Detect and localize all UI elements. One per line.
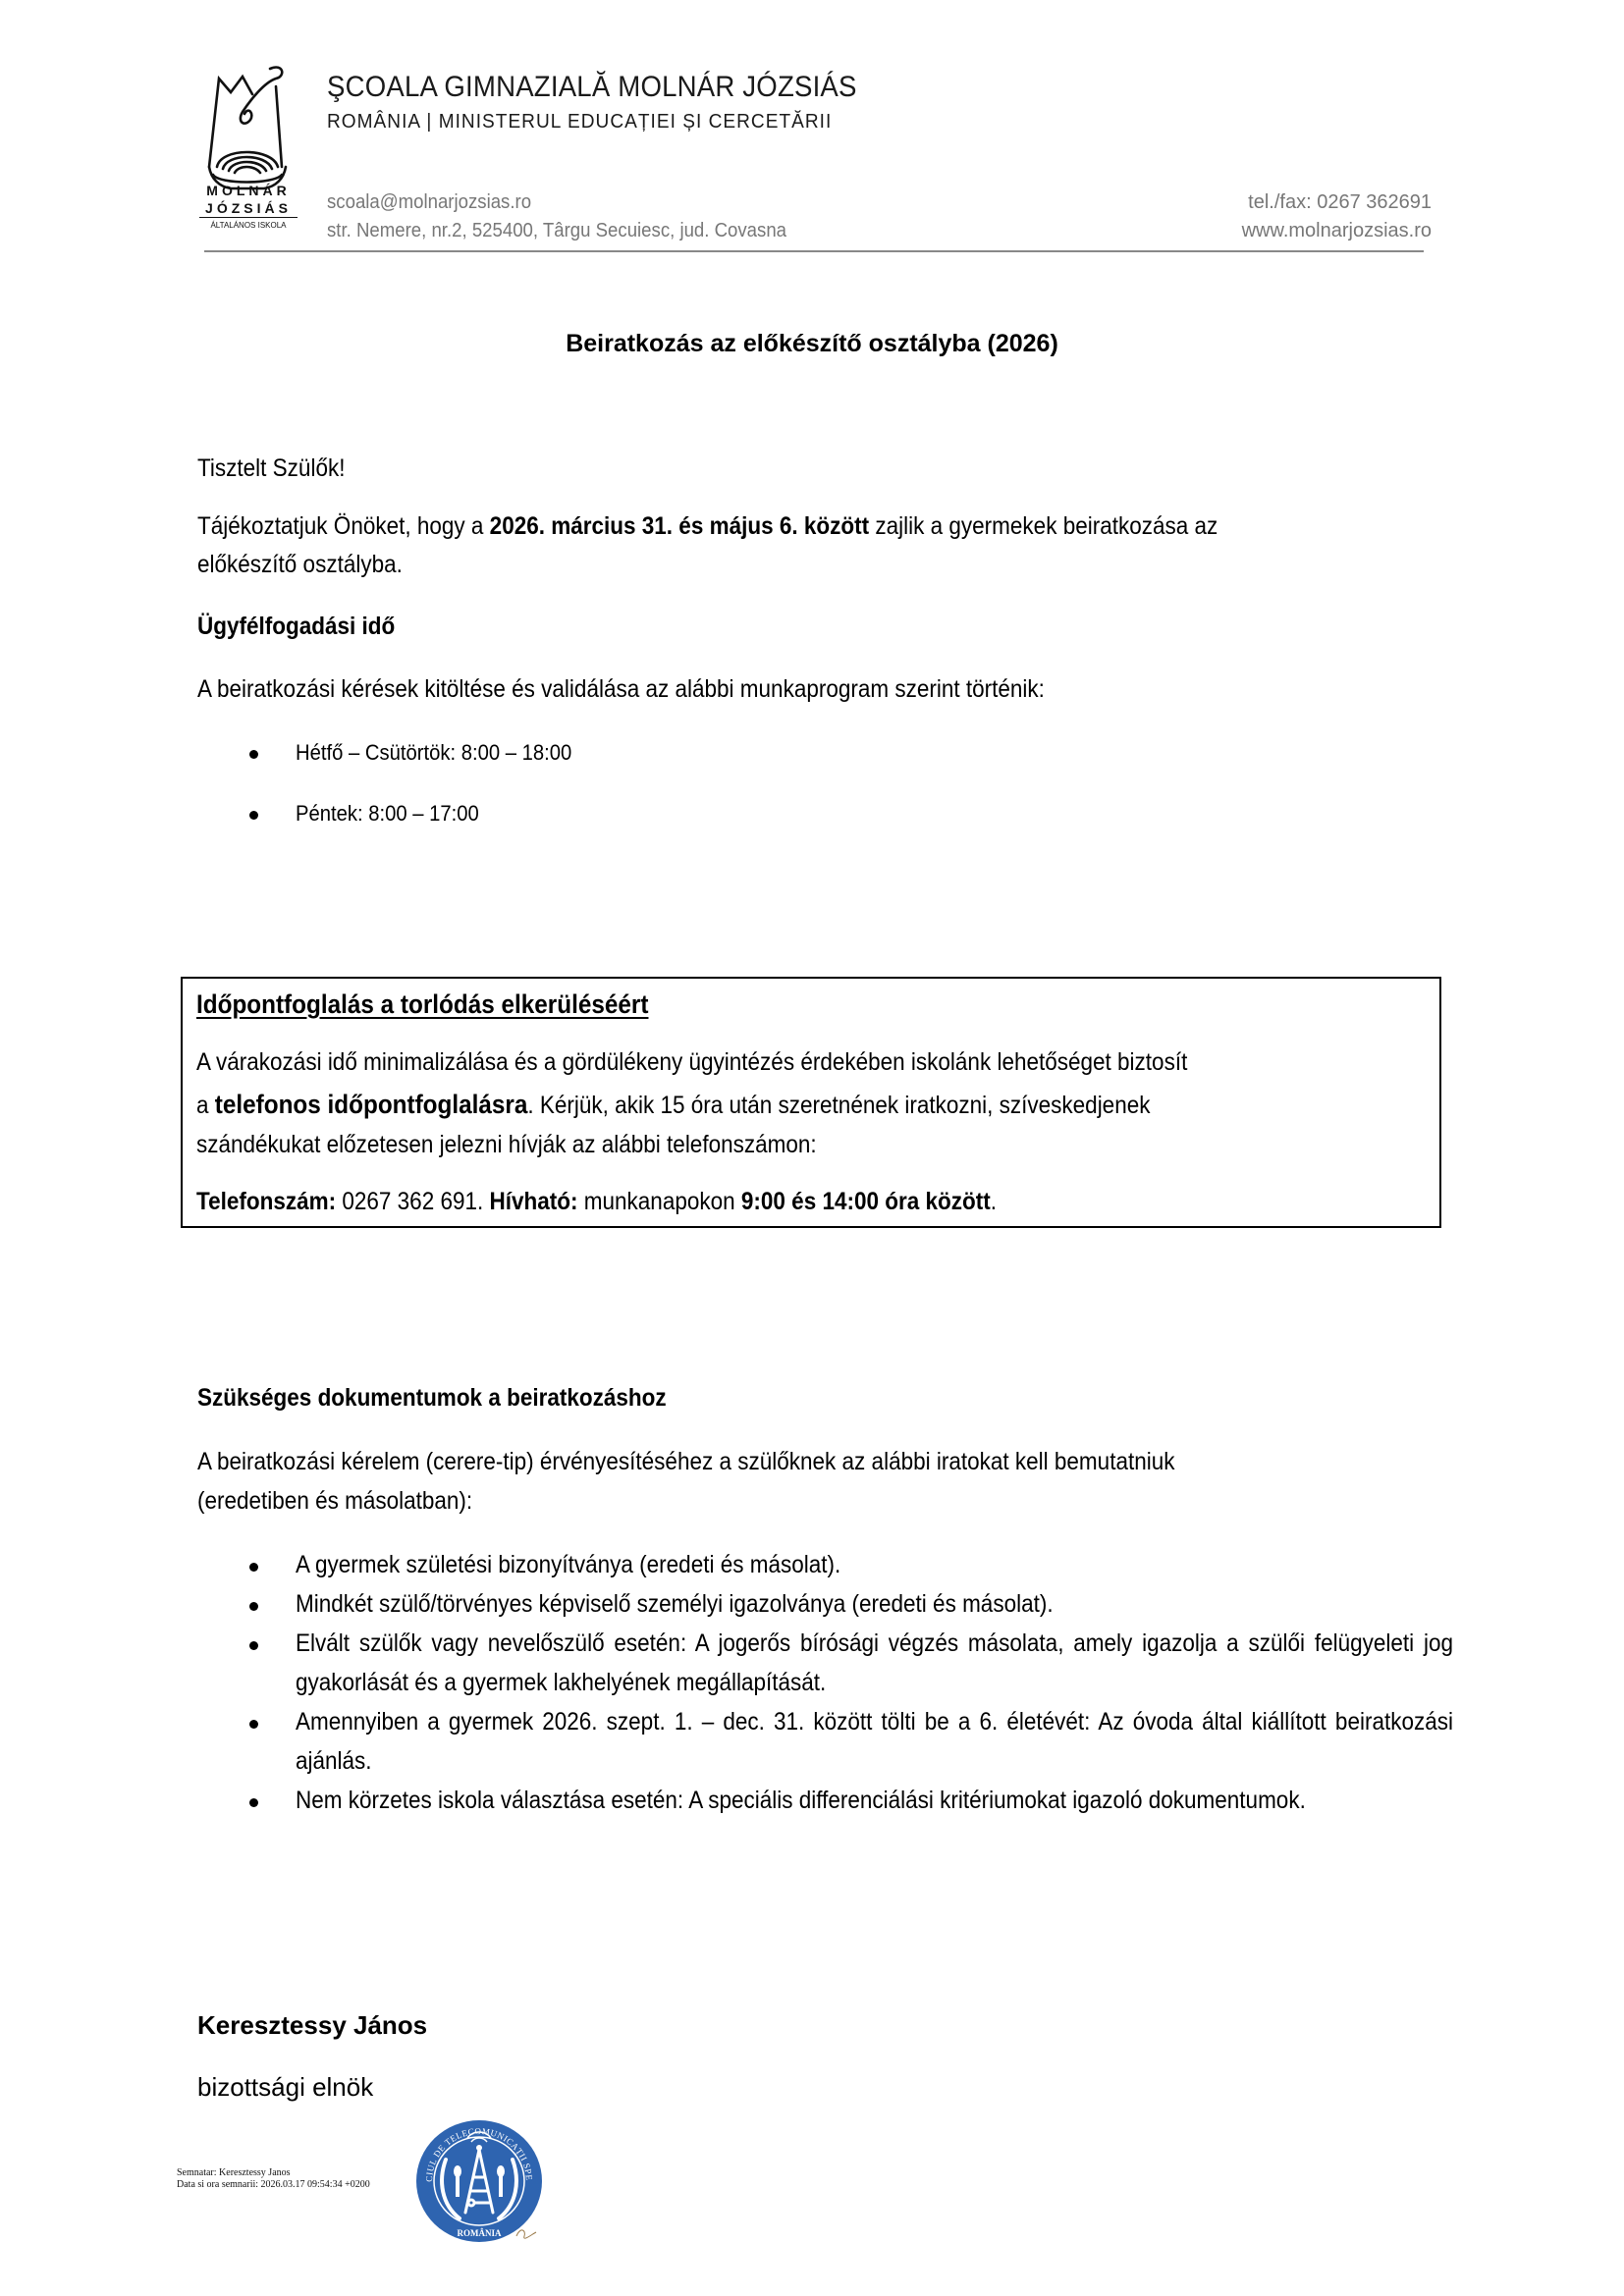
bullet-icon bbox=[249, 1798, 258, 1807]
office-hours-description: A beiratkozási kérések kitöltése és vali… bbox=[197, 675, 1045, 704]
official-seal: SERVICIUL DE TELECOMUNICAȚII SPECIALE RO… bbox=[410, 2110, 548, 2248]
bullet-icon bbox=[249, 1720, 258, 1729]
digital-signature-info: Semnatar: Keresztessy Janos Data si ora … bbox=[177, 2167, 370, 2191]
school-name: ŞCOALA GIMNAZIALĂ MOLNÁR JÓZSIÁS bbox=[327, 71, 857, 104]
ministry-line: ROMÂNIA | MINISTERUL EDUCAȚIEI ȘI CERCET… bbox=[327, 110, 832, 133]
appointment-text: . Kérjük, akik 15 óra után szeretnének i… bbox=[527, 1092, 1150, 1119]
intro-line-2: előkészítő osztályba. bbox=[197, 551, 403, 579]
phone-number[interactable]: 0267 362 691. bbox=[336, 1188, 489, 1215]
logo-text-subtitle: ÁLTALÁNOS ISKOLA bbox=[197, 221, 299, 230]
appointment-line-1: A várakozási idő minimalizálása és a gör… bbox=[196, 1048, 1187, 1077]
header-divider bbox=[204, 250, 1424, 252]
signer-name: Keresztessy János bbox=[197, 2010, 427, 2041]
phone-label: Telefonszám: bbox=[196, 1188, 336, 1215]
seal-icon: SERVICIUL DE TELECOMUNICAȚII SPECIALE RO… bbox=[410, 2110, 548, 2248]
document-item: Elvált szülők vagy nevelőszülő esetén: A… bbox=[296, 1624, 1453, 1702]
bullet-icon bbox=[249, 750, 258, 759]
bullet-icon bbox=[249, 1563, 258, 1572]
document-item: Amennyiben a gyermek 2026. szept. 1. – d… bbox=[296, 1702, 1453, 1781]
intro-dates: 2026. március 31. és május 6. között bbox=[490, 512, 869, 540]
bullet-icon bbox=[249, 1641, 258, 1650]
callable-hours: 9:00 és 14:00 óra között bbox=[741, 1188, 991, 1215]
document-item: Mindkét szülő/törvényes képviselő személ… bbox=[296, 1584, 1453, 1624]
office-hours-heading: Ügyfélfogadási idő bbox=[197, 613, 395, 641]
bullet-icon bbox=[249, 1602, 258, 1611]
signed-by: Semnatar: Keresztessy Janos bbox=[177, 2167, 370, 2179]
documents-heading: Szükséges dokumentumok a beiratkozáshoz bbox=[197, 1384, 667, 1413]
appointment-emphasis: telefonos időpontfoglalásra bbox=[215, 1090, 528, 1119]
appointment-line-2: a telefonos időpontfoglalásra. Kérjük, a… bbox=[196, 1090, 1150, 1120]
intro-line-1: Tájékoztatjuk Önöket, hogy a 2026. márci… bbox=[197, 512, 1218, 541]
bullet-icon bbox=[249, 811, 258, 820]
svg-text:ROMÂNIA: ROMÂNIA bbox=[458, 2228, 502, 2238]
contact-right: tel./fax: 0267 362691 www.molnarjozsias.… bbox=[1242, 188, 1432, 245]
contact-left: scoala@molnarjozsias.ro str. Nemere, nr.… bbox=[327, 188, 786, 245]
school-email[interactable]: scoala@molnarjozsias.ro bbox=[327, 188, 786, 217]
office-hours-item: Hétfő – Csütörtök: 8:00 – 18:00 bbox=[296, 740, 571, 766]
handwritten-signature bbox=[516, 2230, 536, 2238]
appointment-text: a bbox=[196, 1092, 215, 1119]
callable-label: Hívható: bbox=[490, 1188, 578, 1215]
signer-role: bizottsági elnök bbox=[197, 2072, 373, 2103]
school-phone-fax: tel./fax: 0267 362691 bbox=[1242, 188, 1432, 217]
callable-text: munkanapokon bbox=[578, 1188, 741, 1215]
office-hours-item: Péntek: 8:00 – 17:00 bbox=[296, 801, 479, 827]
salutation: Tisztelt Szülők! bbox=[197, 454, 345, 483]
school-website[interactable]: www.molnarjozsias.ro bbox=[1242, 217, 1432, 245]
documents-intro-1: A beiratkozási kérelem (cerere-tip) érvé… bbox=[197, 1448, 1174, 1476]
school-logo: MOLNÁR JÓZSIÁS ÁLTALÁNOS ISKOLA bbox=[201, 57, 296, 243]
logo-text-molnar: MOLNÁR bbox=[199, 183, 298, 198]
school-address: str. Nemere, nr.2, 525400, Târgu Secuies… bbox=[327, 217, 786, 245]
document-item: Nem körzetes iskola választása esetén: A… bbox=[296, 1781, 1453, 1820]
period: . bbox=[991, 1188, 997, 1215]
documents-intro-2: (eredetiben és másolatban): bbox=[197, 1487, 472, 1516]
appointment-phone-line: Telefonszám: 0267 362 691. Hívható: munk… bbox=[196, 1188, 997, 1216]
logo-text-jozsias: JÓZSIÁS bbox=[199, 200, 298, 218]
intro-text-1: Tájékoztatjuk Önöket, hogy a bbox=[197, 512, 490, 540]
document-item: A gyermek születési bizonyítványa (erede… bbox=[296, 1545, 1453, 1584]
appointment-heading: Időpontfoglalás a torlódás elkerüléséért bbox=[196, 989, 648, 1020]
intro-text-2: zajlik a gyermekek beiratkozása az bbox=[869, 512, 1218, 540]
appointment-line-3: szándékukat előzetesen jelezni hívják az… bbox=[196, 1131, 817, 1159]
signed-at: Data si ora semnarii: 2026.03.17 09:54:3… bbox=[177, 2179, 370, 2191]
document-title: Beiratkozás az előkészítő osztályba (202… bbox=[0, 330, 1624, 358]
